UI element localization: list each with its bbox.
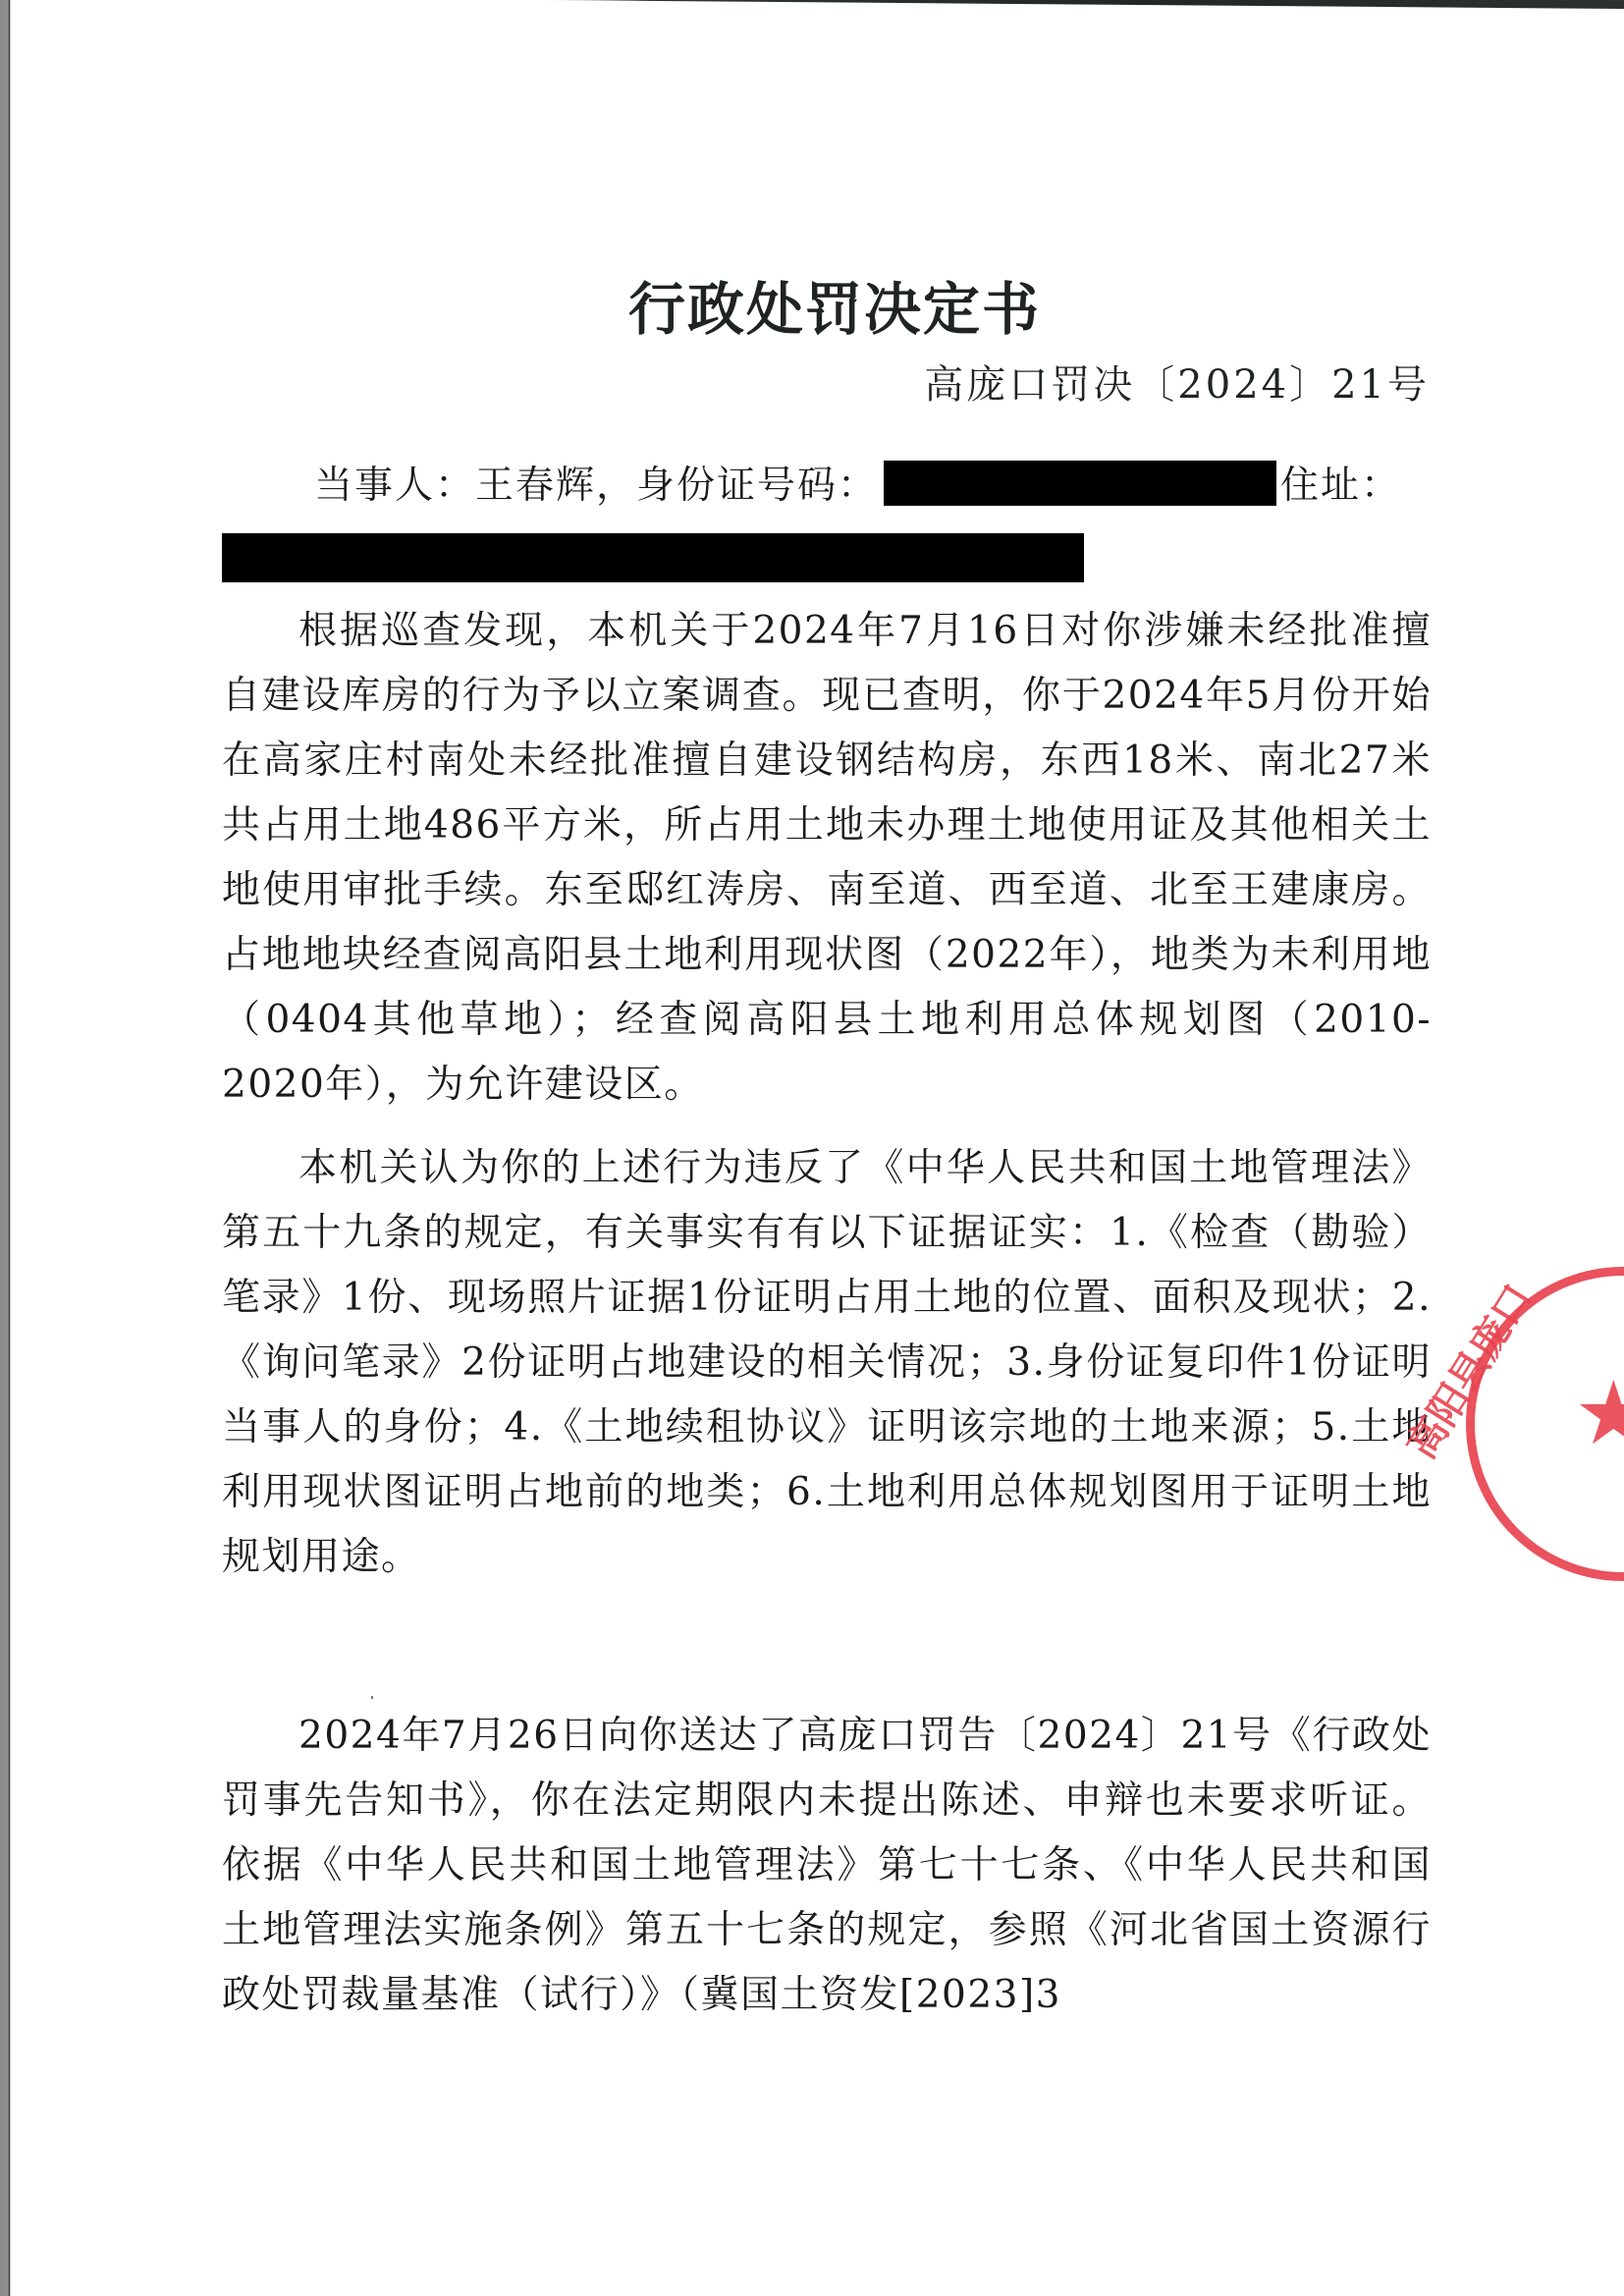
seal-star-icon: ★ xyxy=(1574,1370,1624,1458)
paragraph-facts: 根据巡查发现，本机关于2024年7月16日对你涉嫌未经批准擅自建设库房的行为予以… xyxy=(222,599,1432,1118)
address-label: 住址： xyxy=(1280,464,1401,508)
party-info: 当事人：王春辉，身份证号码：住址： xyxy=(314,454,1434,519)
scan-edge-top xyxy=(0,0,1624,9)
paragraph-text: 根据巡查发现，本机关于2024年7月16日对你涉嫌未经批准擅自建设库房的行为予以… xyxy=(222,599,1432,1118)
redacted-address xyxy=(222,533,1084,582)
paragraph-text: 2024年7月26日向你送达了高庞口罚告〔2024〕21号《行政处罚事先告知书》… xyxy=(222,1704,1432,2028)
paragraph-text: 本机关认为你的上述行为违反了《中华人民共和国土地管理法》第五十九条的规定，有关事… xyxy=(222,1136,1432,1590)
document-title: 行政处罚决定书 xyxy=(0,263,1624,346)
document-number: 高庞口罚决〔2024〕21号 xyxy=(924,354,1430,410)
scan-speck xyxy=(371,1696,373,1699)
redacted-id-number xyxy=(884,461,1276,506)
party-label: 当事人：王春辉，身份证号码： xyxy=(314,464,878,508)
paragraph-evidence: 本机关认为你的上述行为违反了《中华人民共和国土地管理法》第五十九条的规定，有关事… xyxy=(222,1136,1432,1590)
paragraph-legal-basis: 2024年7月26日向你送达了高庞口罚告〔2024〕21号《行政处罚事先告知书》… xyxy=(222,1704,1432,2028)
